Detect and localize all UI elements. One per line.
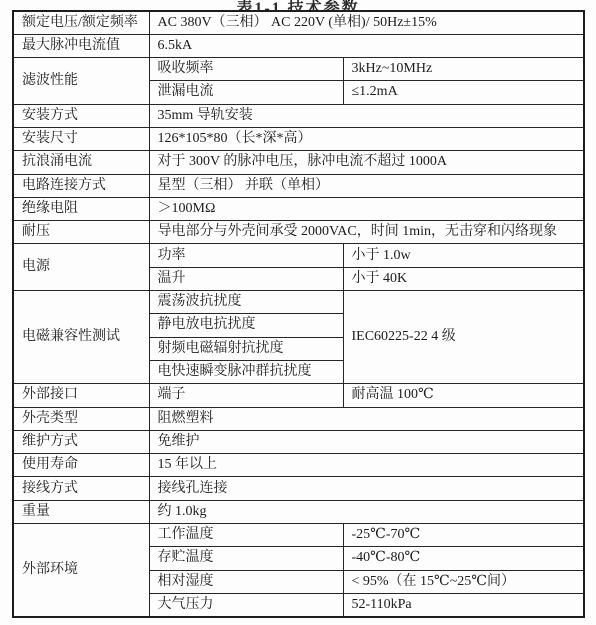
spec-table: 额定电压/额定频率 AC 380V（三相） AC 220V (单相)/ 50Hz… [12, 10, 585, 618]
table-row: 耐压 导电部分与外壳间承受 2000VAC，时间 1min，无击穿和闪络现象 [13, 221, 584, 244]
row-label: 耐压 [13, 221, 149, 244]
row-value: 15 年以上 [149, 454, 584, 477]
row-value: 接线孔连接 [149, 477, 584, 500]
table-row: 安装尺寸 126*105*80（长*深*高） [13, 127, 584, 150]
table-row: 使用寿命 15 年以上 [13, 454, 584, 477]
row-value: IEC60225-22 4 级 [343, 291, 584, 384]
row-value: 约 1.0kg [149, 500, 584, 523]
row-value: 对于 300V 的脉冲电压，脉冲电流不超过 1000A [149, 151, 584, 174]
table-row: 维护方式 免维护 [13, 430, 584, 453]
row-label: 接线方式 [13, 477, 149, 500]
row-value: 3kHz~10MHz [343, 58, 584, 81]
table-title-clipped: 表1-1 技术参数 [0, 0, 596, 10]
row-value: 星型（三相） 并联（单相） [149, 174, 584, 197]
table-row: 抗浪涌电流 对于 300V 的脉冲电压，脉冲电流不超过 1000A [13, 151, 584, 174]
row-sub-label: 震荡波抗扰度 [149, 291, 343, 314]
row-label: 安装方式 [13, 104, 149, 127]
row-group-label: 滤波性能 [13, 58, 149, 105]
row-value: 35mm 导轨安装 [149, 104, 584, 127]
table-row: 外部接口 端子 耐高温 100℃ [13, 384, 584, 407]
row-value: ＞100MΩ [149, 197, 584, 220]
row-value: 126*105*80（长*深*高） [149, 127, 584, 150]
row-value: 6.5kA [149, 34, 584, 57]
row-value: 免维护 [149, 430, 584, 453]
row-sub-label: 工作温度 [149, 524, 343, 547]
row-sub-label: 温升 [149, 267, 343, 290]
row-value: ≤1.2mA [343, 81, 584, 104]
table-row: 外壳类型 阻燃塑料 [13, 407, 584, 430]
row-value: 耐高温 100℃ [343, 384, 584, 407]
row-value: AC 380V（三相） AC 220V (单相)/ 50Hz±15% [149, 11, 584, 34]
row-label: 安装尺寸 [13, 127, 149, 150]
row-sub-label: 射频电磁辐射抗扰度 [149, 337, 343, 360]
row-sub-label: 存贮温度 [149, 547, 343, 570]
row-value: -40℃-80℃ [343, 547, 584, 570]
row-value: 导电部分与外壳间承受 2000VAC，时间 1min，无击穿和闪络现象 [149, 221, 584, 244]
row-value: 小于 40K [343, 267, 584, 290]
table-row: 电路连接方式 星型（三相） 并联（单相） [13, 174, 584, 197]
row-label: 维护方式 [13, 430, 149, 453]
row-value: 阻燃塑料 [149, 407, 584, 430]
table-row: 绝缘电阻 ＞100MΩ [13, 197, 584, 220]
table-row: 滤波性能 吸收频率 3kHz~10MHz [13, 58, 584, 81]
row-value: 小于 1.0w [343, 244, 584, 267]
row-label: 使用寿命 [13, 454, 149, 477]
row-group-label: 外部环境 [13, 524, 149, 617]
row-label: 电路连接方式 [13, 174, 149, 197]
row-label: 外部接口 [13, 384, 149, 407]
row-group-label: 电源 [13, 244, 149, 291]
row-label: 绝缘电阻 [13, 197, 149, 220]
row-label: 抗浪涌电流 [13, 151, 149, 174]
row-sub-label: 大气压力 [149, 593, 343, 616]
row-value: 52-110kPa [343, 593, 584, 616]
row-label: 最大脉冲电流值 [13, 34, 149, 57]
table-row: 最大脉冲电流值 6.5kA [13, 34, 584, 57]
row-sub-label: 功率 [149, 244, 343, 267]
table-row: 外部环境 工作温度 -25℃-70℃ [13, 524, 584, 547]
row-label: 重量 [13, 500, 149, 523]
table-row: 接线方式 接线孔连接 [13, 477, 584, 500]
table-row: 电磁兼容性测试 震荡波抗扰度 IEC60225-22 4 级 [13, 291, 584, 314]
row-value: < 95%（在 15℃~25℃间） [343, 570, 584, 593]
row-value: -25℃-70℃ [343, 524, 584, 547]
row-sub-label: 吸收频率 [149, 58, 343, 81]
table-row: 额定电压/额定频率 AC 380V（三相） AC 220V (单相)/ 50Hz… [13, 11, 584, 34]
row-sub-label: 电快速瞬变脉冲群抗扰度 [149, 360, 343, 383]
row-group-label: 电磁兼容性测试 [13, 291, 149, 384]
row-label: 外壳类型 [13, 407, 149, 430]
row-sub-label: 泄漏电流 [149, 81, 343, 104]
row-label: 额定电压/额定频率 [13, 11, 149, 34]
table-title-text: 表1-1 技术参数 [236, 0, 359, 10]
row-sub-label: 端子 [149, 384, 343, 407]
table-row: 重量 约 1.0kg [13, 500, 584, 523]
row-sub-label: 相对湿度 [149, 570, 343, 593]
row-sub-label: 静电放电抗扰度 [149, 314, 343, 337]
table-row: 电源 功率 小于 1.0w [13, 244, 584, 267]
table-row: 安装方式 35mm 导轨安装 [13, 104, 584, 127]
